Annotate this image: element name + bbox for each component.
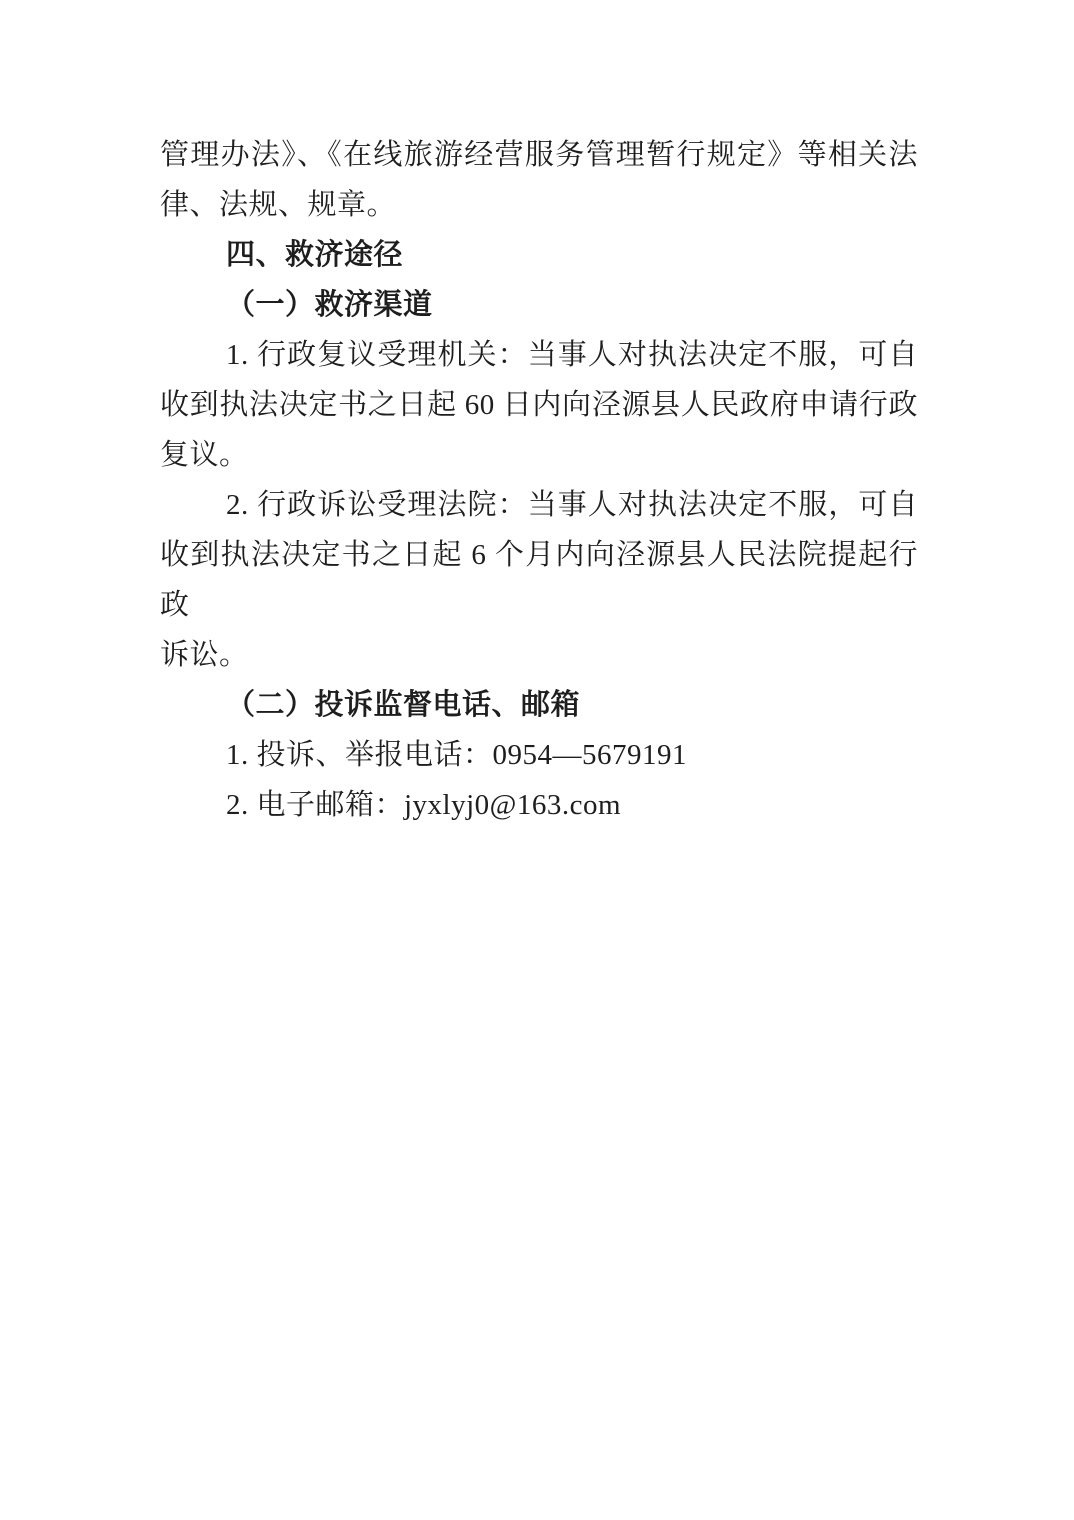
document-page: 管理办法》、《在线旅游经营服务管理暂行规定》等相关法 律、法规、规章。 四、救济… xyxy=(0,0,1074,1520)
paragraph-admin-reconsideration-line-3: 复议。 xyxy=(160,430,918,480)
complaint-phone-line: 1. 投诉、举报电话：0954—5679191 xyxy=(160,730,918,780)
paragraph-admin-litigation-line-3: 诉讼。 xyxy=(160,630,918,680)
paragraph-continuation-line-1: 管理办法》、《在线旅游经营服务管理暂行规定》等相关法 xyxy=(160,130,918,180)
paragraph-continuation-line-2: 律、法规、规章。 xyxy=(160,180,918,230)
document-text-block: 管理办法》、《在线旅游经营服务管理暂行规定》等相关法 律、法规、规章。 四、救济… xyxy=(160,130,918,830)
heading-sub-two-complaint-phone-email: （二）投诉监督电话、邮箱 xyxy=(160,680,918,730)
paragraph-admin-litigation-line-2: 收到执法决定书之日起 6 个月内向泾源县人民法院提起行政 xyxy=(160,530,918,630)
paragraph-admin-litigation-line-1: 2. 行政诉讼受理法院：当事人对执法决定不服，可自 xyxy=(160,480,918,530)
paragraph-admin-reconsideration-line-2: 收到执法决定书之日起 60 日内向泾源县人民政府申请行政 xyxy=(160,380,918,430)
paragraph-admin-reconsideration-line-1: 1. 行政复议受理机关：当事人对执法决定不服，可自 xyxy=(160,330,918,380)
heading-sub-one-remedy-channels: （一）救济渠道 xyxy=(160,280,918,330)
heading-section-four-remedy: 四、救济途径 xyxy=(160,230,918,280)
email-line: 2. 电子邮箱：jyxlyj0@163.com xyxy=(160,780,918,830)
